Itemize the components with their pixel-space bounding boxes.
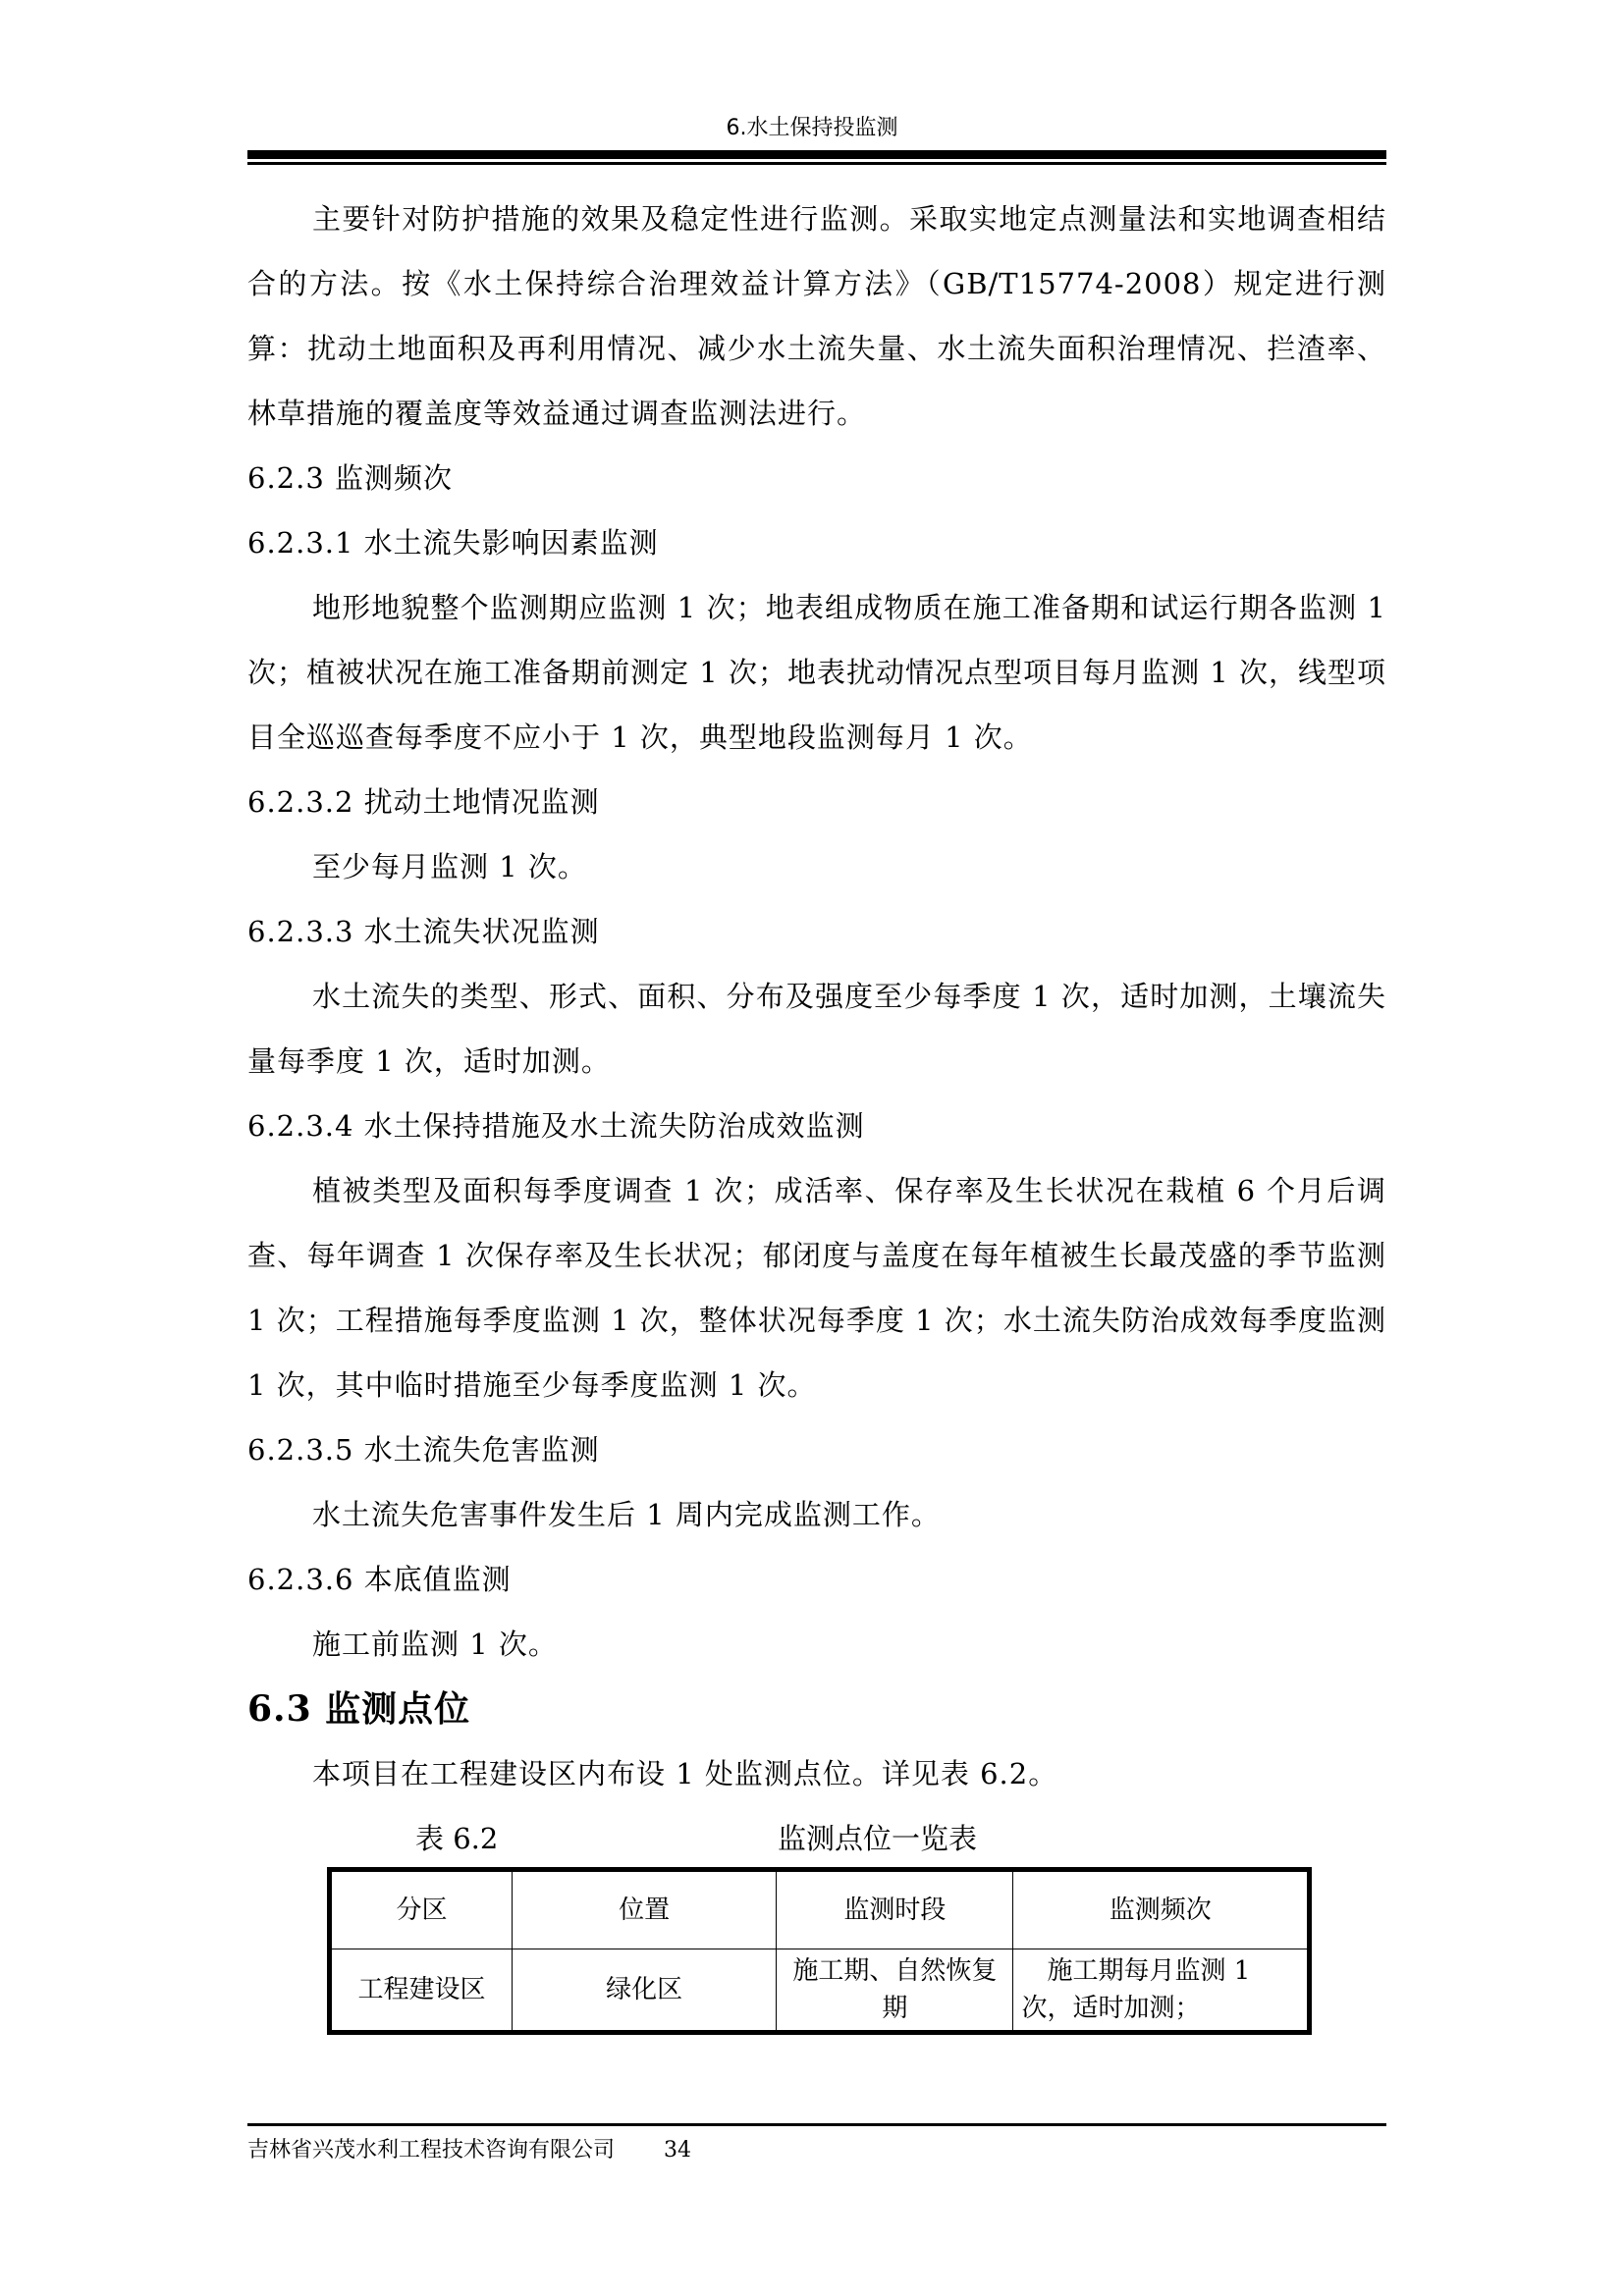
subsection-heading-6-2-3-3: 6.2.3.3 水土流失状况监测 (247, 899, 1386, 964)
subsection-heading-6-2-3-1: 6.2.3.1 水土流失影响因素监测 (247, 510, 1386, 575)
subsection-heading-6-2-3-5: 6.2.3.5 水土流失危害监测 (247, 1417, 1386, 1482)
subsection-text-6-2-3-1: 地形地貌整个监测期应监测 1 次；地表组成物质在施工准备期和试运行期各监测 1 … (247, 575, 1386, 770)
header-rule-thick (247, 150, 1386, 159)
table-cell-frequency: 施工期每月监测 1 次，适时加测； (1013, 1949, 1310, 2033)
table-cell-zone: 工程建设区 (330, 1949, 513, 2033)
table-header-cell-frequency: 监测频次 (1013, 1870, 1310, 1949)
monitoring-points-table: 分区 位置 监测时段 监测频次 工程建设区 绿化区 施工期、自然恢复期 施工期每… (327, 1867, 1312, 2035)
table-cell-period: 施工期、自然恢复期 (777, 1949, 1013, 2033)
section-text-6-3: 本项目在工程建设区内布设 1 处监测点位。详见表 6.2。 (247, 1741, 1386, 1806)
table-caption-number: 表 6.2 (415, 1806, 498, 1871)
subsection-text-6-2-3-3: 水土流失的类型、形式、面积、分布及强度至少每季度 1 次，适时加测，土壤流失量每… (247, 964, 1386, 1094)
table-cell-location: 绿化区 (512, 1949, 776, 2033)
table-caption-title: 监测点位一览表 (778, 1806, 977, 1871)
subsection-text-6-2-3-6: 施工前监测 1 次。 (247, 1612, 1386, 1677)
subsection-heading-6-2-3-6: 6.2.3.6 本底值监测 (247, 1547, 1386, 1612)
subsection-heading-6-2-3-2: 6.2.3.2 扰动土地情况监测 (247, 770, 1386, 834)
table-header-cell-location: 位置 (512, 1870, 776, 1949)
subsection-text-6-2-3-2: 至少每月监测 1 次。 (247, 834, 1386, 899)
table-header-row: 分区 位置 监测时段 监测频次 (330, 1870, 1310, 1949)
page-body: 主要针对防护措施的效果及稳定性进行监测。采取实地定点测量法和实地调查相结合的方法… (247, 187, 1386, 1871)
table-row: 工程建设区 绿化区 施工期、自然恢复期 施工期每月监测 1 次，适时加测； (330, 1949, 1310, 2033)
intro-paragraph: 主要针对防护措施的效果及稳定性进行监测。采取实地定点测量法和实地调查相结合的方法… (247, 187, 1386, 446)
subsection-heading-6-2-3-4: 6.2.3.4 水土保持措施及水土流失防治成效监测 (247, 1094, 1386, 1158)
running-header-title: 6.水土保持投监测 (0, 114, 1624, 143)
section-heading-6-2-3: 6.2.3 监测频次 (247, 446, 1386, 510)
table-header-cell-zone: 分区 (330, 1870, 513, 1949)
subsection-text-6-2-3-4: 植被类型及面积每季度调查 1 次；成活率、保存率及生长状况在栽植 6 个月后调查… (247, 1158, 1386, 1417)
page-number: 34 (481, 2136, 874, 2165)
table-header-cell-period: 监测时段 (777, 1870, 1013, 1949)
header-rule-thin (247, 162, 1386, 165)
footer-rule (247, 2123, 1386, 2126)
monitoring-points-table-wrapper: 分区 位置 监测时段 监测频次 工程建设区 绿化区 施工期、自然恢复期 施工期每… (327, 1867, 1312, 2035)
table-caption: 表 6.2 监测点位一览表 (247, 1806, 1386, 1871)
subsection-text-6-2-3-5: 水土流失危害事件发生后 1 周内完成监测工作。 (247, 1482, 1386, 1547)
section-heading-6-3: 6.3 监测点位 (247, 1677, 1386, 1741)
